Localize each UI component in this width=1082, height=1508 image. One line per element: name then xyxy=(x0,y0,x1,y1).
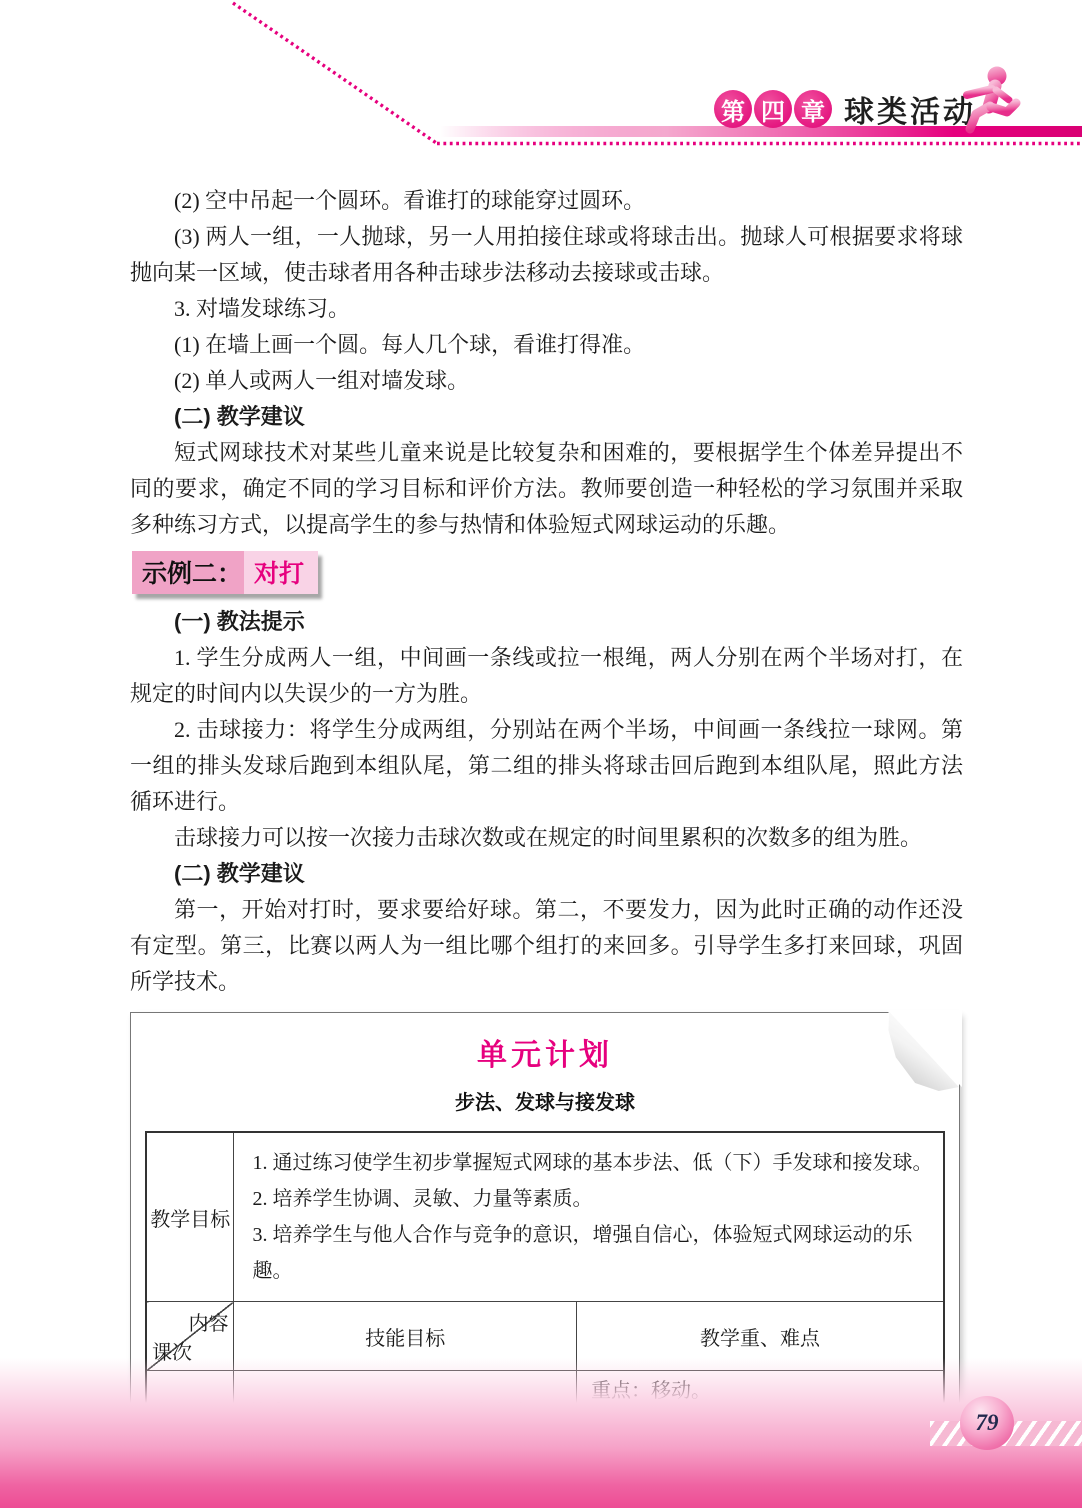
paragraph-method-1: 1. 学生分成两人一组，中间画一条线或拉一根绳，两人分别在两个半场对打，在规定的… xyxy=(130,640,963,712)
paragraph-wall-2: (2) 单人或两人一组对墙发球。 xyxy=(130,363,963,399)
paragraph-wall-practice: 3. 对墙发球练习。 xyxy=(130,291,963,327)
diagonal-label-content: 内容 xyxy=(188,1307,228,1336)
paragraph-advice-body-1: 短式网球技术对某些儿童来说是比较复杂和困难的，要根据学生个体差异提出不同的要求，… xyxy=(130,435,963,543)
paragraph-relay-note: 击球接力可以按一次接力击球次数或在规定的时间里累积的次数多的组为胜。 xyxy=(130,820,963,856)
heading-teaching-advice-1: (二) 教学建议 xyxy=(130,399,963,435)
chapter-badge-circle-1: 第 xyxy=(714,90,752,128)
goal-item-2: 2. 培养学生协调、灵敏、力量等素质。 xyxy=(252,1181,933,1217)
paragraph-advice-body-2: 第一，开始对打时，要求要给好球。第二，不要发力，因为此时正确的动作还没有定型。第… xyxy=(130,892,963,1000)
goal-item-3: 3. 培养学生与他人合作与竞争的意识，增强自信心，体验短式网球运动的乐趣。 xyxy=(252,1217,933,1289)
paragraph-item-3: (3) 两人一组，一人抛球，另一人用拍接住球或将球击出。抛球人可根据要求将球抛向… xyxy=(130,219,963,291)
goals-list-cell: 1. 通过练习使学生初步掌握短式网球的基本步法、低（下）手发球和接发球。 2. … xyxy=(234,1132,944,1302)
example-2-heading: 示例二：对打 xyxy=(132,551,318,594)
running-figure-icon xyxy=(933,50,1025,142)
paragraph-method-2: 2. 击球接力：将学生分成两组，分别站在两个半场，中间画一条线拉一球网。第一组的… xyxy=(130,712,963,820)
table-row-goals: 教学目标 1. 通过练习使学生初步掌握短式网球的基本步法、低（下）手发球和接发球… xyxy=(146,1132,944,1302)
heading-method-tips: (一) 教法提示 xyxy=(130,604,963,640)
page-number-badge: 79 xyxy=(960,1396,1014,1450)
example-2-heading-wrap: 示例二：对打 xyxy=(132,551,963,594)
paragraph-wall-1: (1) 在墙上画一个圆。每人几个球，看谁打得准。 xyxy=(130,327,963,363)
header-divider-decoration xyxy=(0,0,1082,170)
goal-item-1: 1. 通过练习使学生初步掌握短式网球的基本步法、低（下）手发球和接发球。 xyxy=(252,1145,933,1181)
unit-plan-title: 单元计划 xyxy=(131,1030,959,1074)
example-highlight: 对打 xyxy=(244,551,318,594)
diagonal-dotted-line xyxy=(233,3,437,144)
heading-teaching-advice-2: (二) 教学建议 xyxy=(130,856,963,892)
textbook-page: 第 四 章 球类活动 (2) 空中吊起一个圆环。看谁打的球能穿过圆环。 (3) … xyxy=(0,0,1082,1508)
main-content: (2) 空中吊起一个圆环。看谁打的球能穿过圆环。 (3) 两人一组，一人抛球，另… xyxy=(130,183,963,1470)
goals-header-cell: 教学目标 xyxy=(146,1132,234,1302)
footer-gradient xyxy=(0,1358,1082,1508)
chapter-badge-circle-3: 章 xyxy=(794,90,832,128)
paragraph-item-2: (2) 空中吊起一个圆环。看谁打的球能穿过圆环。 xyxy=(130,183,963,219)
chapter-badge-circle-2: 四 xyxy=(754,90,792,128)
unit-plan-subtitle: 步法、发球与接发球 xyxy=(131,1086,959,1115)
example-label: 示例二： xyxy=(132,551,244,594)
